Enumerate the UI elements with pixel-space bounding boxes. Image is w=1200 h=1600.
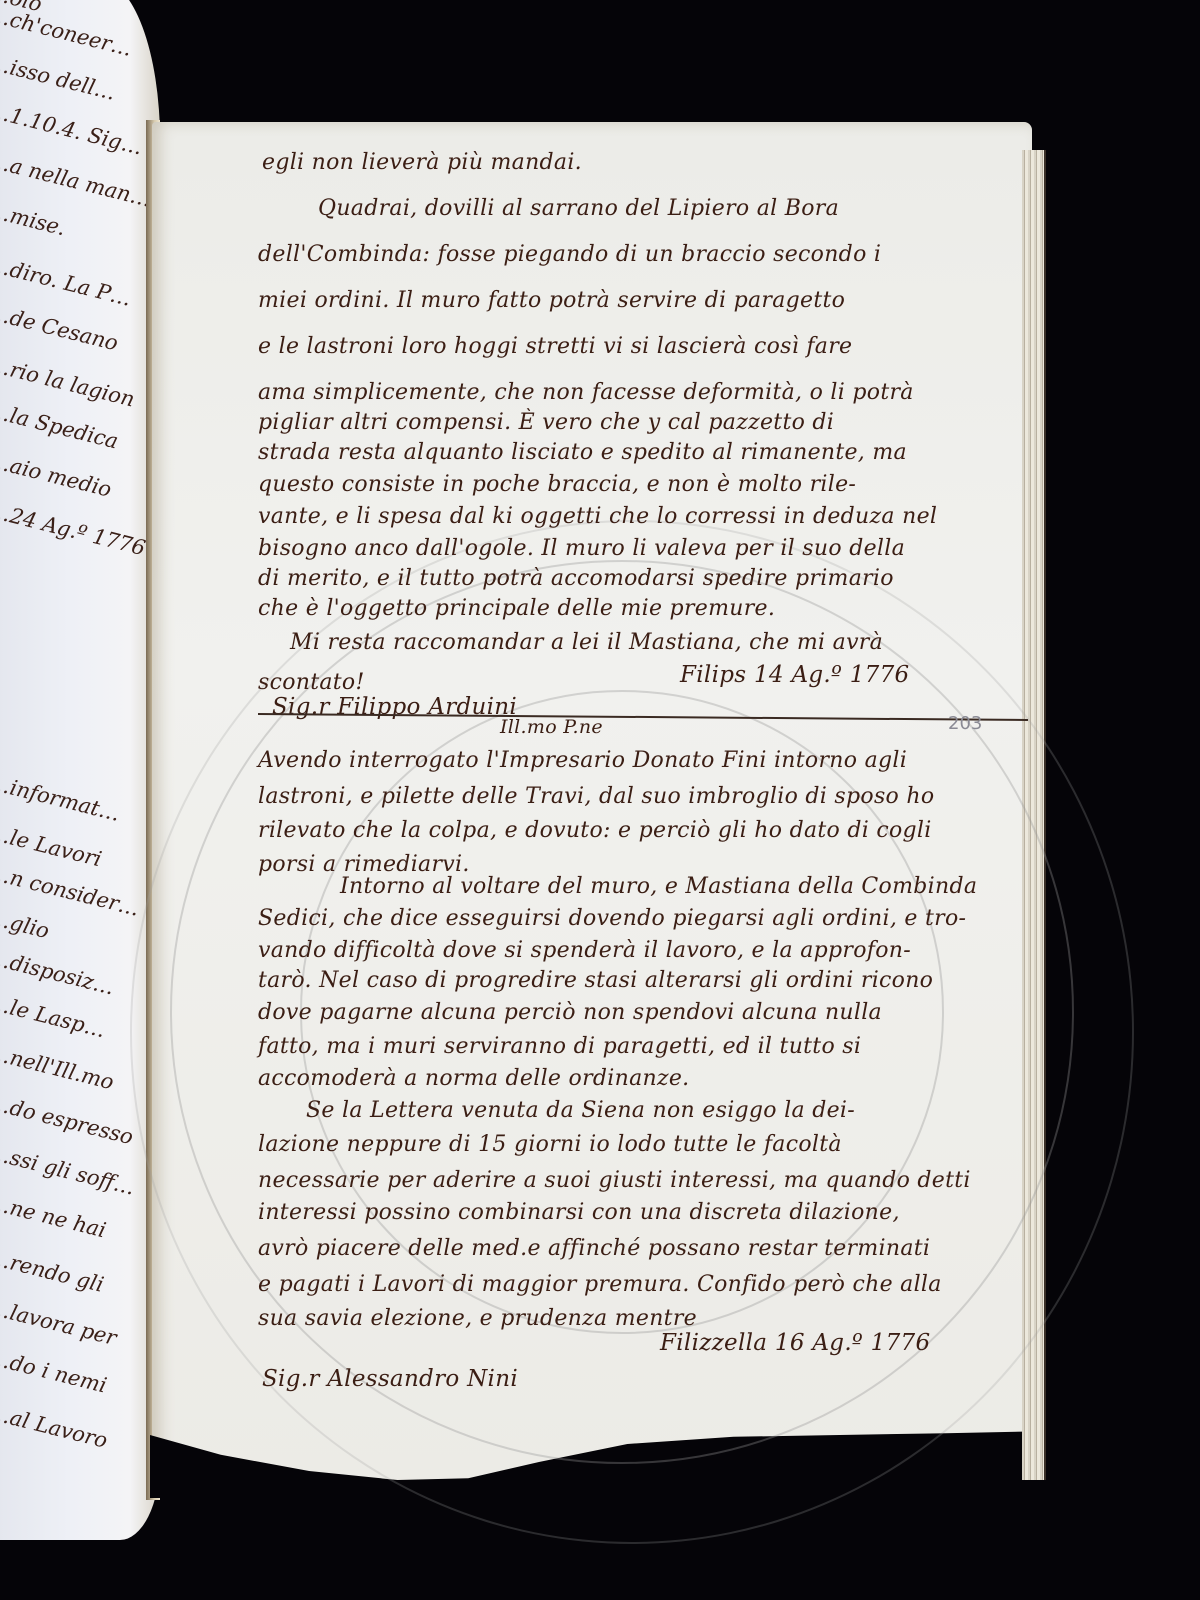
- text-line: accomoderà a norma delle ordinanze.: [258, 1066, 689, 1091]
- text-line: Avendo interrogato l'Impresario Donato F…: [258, 748, 907, 773]
- text-line: egli non lieverà più mandai.: [262, 150, 582, 175]
- text-line: interessi possino combinarsi con una dis…: [258, 1200, 900, 1225]
- date-place: Filips 14 Ag.º 1776: [680, 662, 909, 688]
- text-line: lazione neppure di 15 giorni io lodo tut…: [258, 1132, 842, 1157]
- text-line: Mi resta raccomandar a lei il Mastiana, …: [290, 630, 883, 655]
- text-line: miei ordini. Il muro fatto potrà servire…: [258, 288, 845, 313]
- text-line: e pagati i Lavori di maggior premura. Co…: [258, 1272, 942, 1297]
- text-line: avrò piacere delle med.e affinché possan…: [258, 1236, 930, 1261]
- text-line: fatto, ma i muri serviranno di paragetti…: [258, 1034, 861, 1059]
- text-line: vante, e li spesa dal ki oggetti che lo …: [258, 504, 937, 529]
- left-page: …olo …ch'coneer… …isso dell… …1.10.4. Si…: [0, 0, 160, 1540]
- text-line: Se la Lettera venuta da Siena non esiggo…: [306, 1098, 855, 1123]
- folio-number: 203: [948, 713, 982, 734]
- date-place: Filizzella 16 Ag.º 1776: [660, 1330, 930, 1356]
- text-line: questo consiste in poche braccia, e non …: [258, 472, 856, 497]
- text-line: pigliar altri compensi. È vero che y cal…: [258, 410, 834, 435]
- text-line: Intorno al voltare del muro, e Mastiana …: [340, 874, 977, 899]
- text-line: bisogno anco dall'ogole. Il muro li vale…: [258, 536, 905, 561]
- left-fragment: …al Lavoro: [0, 1400, 160, 1467]
- text-line: strada resta alquanto lisciato e spedito…: [258, 440, 907, 465]
- text-line: scontato!: [258, 670, 365, 695]
- text-line: lastroni, e pilette delle Travi, dal suo…: [258, 784, 934, 809]
- text-line: ama simplicemente, che non facesse defor…: [258, 380, 914, 405]
- text-line: vando difficoltà dove si spenderà il lav…: [258, 938, 911, 963]
- salutation-heading: Ill.mo P.ne: [500, 716, 603, 738]
- text-line: dell'Combinda: fosse piegando di un brac…: [258, 242, 881, 267]
- text-line: e le lastroni loro hoggi stretti vi si l…: [258, 334, 852, 359]
- addressee: Sig.r Alessandro Nini: [262, 1366, 518, 1392]
- text-line: di merito, e il tutto potrà accomodarsi …: [258, 566, 894, 591]
- page-edges: [1022, 150, 1046, 1480]
- text-line: che è l'oggetto principale delle mie pre…: [258, 596, 775, 621]
- text-line: tarò. Nel caso di progredire stasi alter…: [258, 968, 933, 993]
- text-line: sua savia elezione, e prudenza mentre: [258, 1306, 697, 1331]
- text-line: necessarie per aderire a suoi giusti int…: [258, 1168, 971, 1193]
- text-line: dove pagarne alcuna perciò non spendovi …: [258, 1000, 882, 1025]
- text-line: Sedici, che dice esseguirsi dovendo pieg…: [258, 906, 966, 931]
- text-line: Quadrai, dovilli al sarrano del Lipiero …: [318, 196, 839, 221]
- text-line: rilevato che la colpa, e dovuto: e perci…: [258, 818, 932, 843]
